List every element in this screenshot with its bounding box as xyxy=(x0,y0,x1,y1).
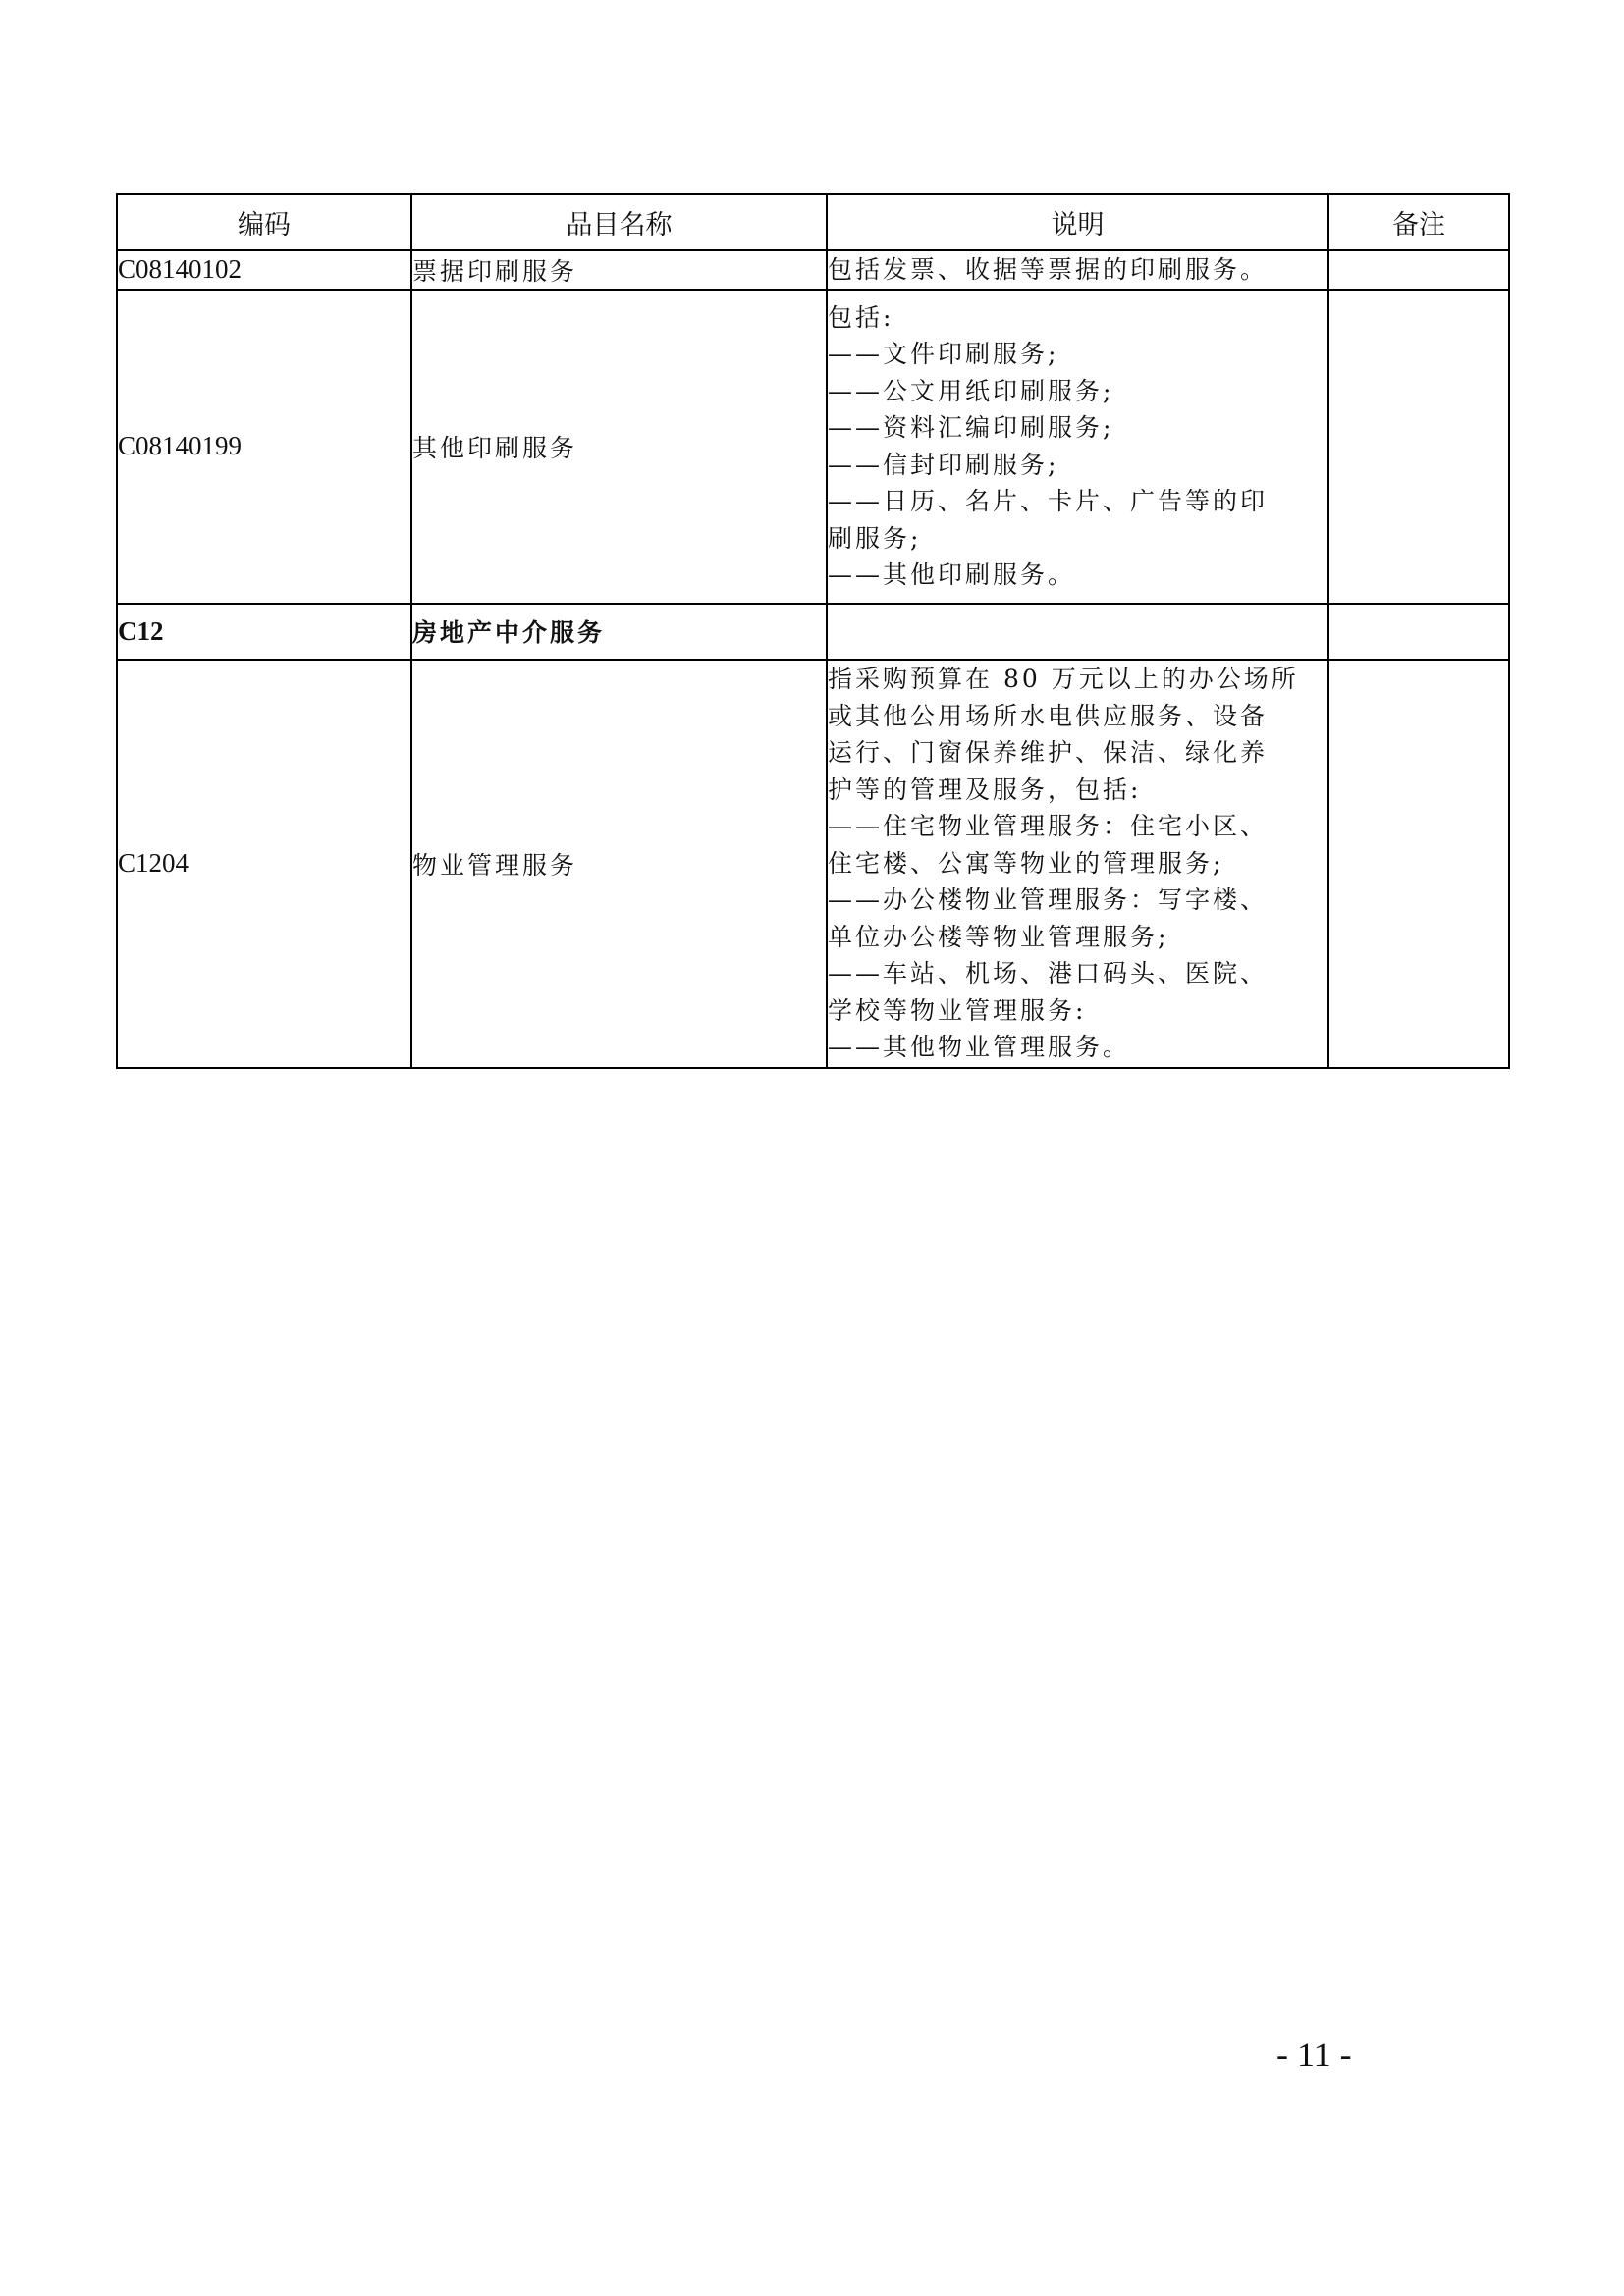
description-line: ——日历、名片、卡片、广告等的印 xyxy=(828,483,1327,520)
catalog-table: 编码 品目名称 说明 备注 C08140102 票据印刷服务 包括发票、收据等票… xyxy=(116,193,1510,1069)
cell-remark xyxy=(1328,604,1509,660)
cell-code: C12 xyxy=(117,604,411,660)
cell-code: C08140102 xyxy=(117,250,411,290)
description-line: 运行、门窗保养维护、保洁、绿化养 xyxy=(828,734,1327,772)
table-header-row: 编码 品目名称 说明 备注 xyxy=(117,194,1509,250)
description-line: ——其他印刷服务。 xyxy=(828,557,1327,594)
header-remark: 备注 xyxy=(1328,194,1509,250)
cell-item-name: 物业管理服务 xyxy=(411,660,827,1068)
description-line: ——办公楼物业管理服务：写字楼、 xyxy=(828,881,1327,919)
cell-item-name: 其他印刷服务 xyxy=(411,290,827,604)
header-description: 说明 xyxy=(827,194,1328,250)
cell-description: 包括: ——文件印刷服务; ——公文用纸印刷服务; ——资料汇编印刷服务; ——… xyxy=(827,290,1328,604)
page-number: - 11 - xyxy=(1276,2034,1352,2075)
description-line: 包括发票、收据等票据的印刷服务。 xyxy=(828,251,1327,289)
description-line: ——文件印刷服务; xyxy=(828,336,1327,373)
cell-remark xyxy=(1328,290,1509,604)
description-line: ——信封印刷服务; xyxy=(828,447,1327,484)
cell-item-name: 票据印刷服务 xyxy=(411,250,827,290)
cell-description: 指采购预算在 80 万元以上的办公场所 或其他公用场所水电供应服务、设备 运行、… xyxy=(827,660,1328,1068)
description-line: ——资料汇编印刷服务; xyxy=(828,409,1327,447)
description-line: 或其他公用场所水电供应服务、设备 xyxy=(828,698,1327,735)
cell-item-name: 房地产中介服务 xyxy=(411,604,827,660)
description-line: ——其他物业管理服务。 xyxy=(828,1029,1327,1066)
description-line: ——公文用纸印刷服务; xyxy=(828,373,1327,410)
table-row-category: C12 房地产中介服务 xyxy=(117,604,1509,660)
description-line: 护等的管理及服务，包括: xyxy=(828,772,1327,809)
description-line: 包括: xyxy=(828,299,1327,337)
cell-code: C08140199 xyxy=(117,290,411,604)
cell-remark xyxy=(1328,660,1509,1068)
cell-description: 包括发票、收据等票据的印刷服务。 xyxy=(827,250,1328,290)
description-line: ——住宅物业管理服务：住宅小区、 xyxy=(828,808,1327,845)
table-row: C1204 物业管理服务 指采购预算在 80 万元以上的办公场所 或其他公用场所… xyxy=(117,660,1509,1068)
description-line: 住宅楼、公寓等物业的管理服务; xyxy=(828,845,1327,882)
header-item-name: 品目名称 xyxy=(411,194,827,250)
description-line: 单位办公楼等物业管理服务; xyxy=(828,919,1327,956)
description-line: 学校等物业管理服务: xyxy=(828,992,1327,1030)
table-row: C08140199 其他印刷服务 包括: ——文件印刷服务; ——公文用纸印刷服… xyxy=(117,290,1509,604)
cell-code: C1204 xyxy=(117,660,411,1068)
description-line: ——车站、机场、港口码头、医院、 xyxy=(828,955,1327,992)
cell-remark xyxy=(1328,250,1509,290)
cell-description xyxy=(827,604,1328,660)
description-line: 指采购预算在 80 万元以上的办公场所 xyxy=(828,661,1327,698)
header-code: 编码 xyxy=(117,194,411,250)
table-row: C08140102 票据印刷服务 包括发票、收据等票据的印刷服务。 xyxy=(117,250,1509,290)
description-line: 刷服务; xyxy=(828,520,1327,558)
